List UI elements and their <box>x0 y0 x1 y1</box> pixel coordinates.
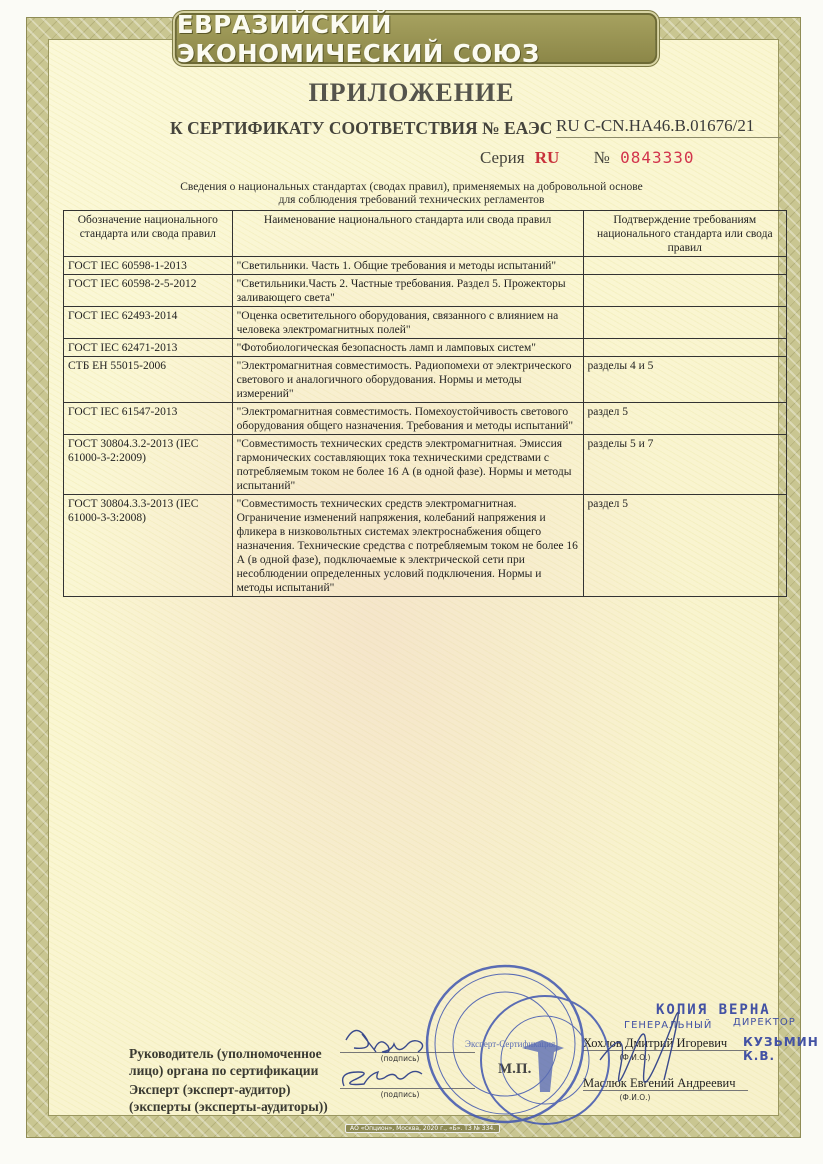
standard-code: ГОСТ IEC 62471-2013 <box>64 339 233 357</box>
certificate-number: RU C-CN.HA46.B.01676/21 <box>556 116 781 138</box>
head-label-line-2: лицо) органа по сертификации <box>129 1062 322 1079</box>
expert-label: Эксперт (эксперт-аудитор) (эксперты (экс… <box>129 1081 328 1115</box>
seal-label: М.П. <box>498 1061 531 1078</box>
table-header-row: Обозначение национального стандарта или … <box>64 211 787 257</box>
header-confirm: Подтверждение требованиям национального … <box>583 211 786 257</box>
standards-table: Обозначение национального стандарта или … <box>63 210 787 597</box>
head-fio-caption: (Ф.И.О.) <box>610 1053 660 1062</box>
standard-name: "Светильники.Часть 2. Частные требования… <box>232 275 583 307</box>
standard-name: "Электромагнитная совместимость. Радиопо… <box>232 357 583 403</box>
standard-confirmation <box>583 307 786 339</box>
table-row: СТБ ЕН 55015-2006"Электромагнитная совме… <box>64 357 787 403</box>
head-label: Руководитель (уполномоченное лицо) орган… <box>129 1045 322 1079</box>
blank-number: 0843330 <box>620 148 694 167</box>
intro-text: Сведения о национальных стандартах (свод… <box>0 181 823 207</box>
standard-code: ГОСТ IEC 62493-2014 <box>64 307 233 339</box>
intro-line-1: Сведения о национальных стандартах (свод… <box>0 181 823 194</box>
page-title: ПРИЛОЖЕНИЕ <box>0 78 823 108</box>
certificate-prefix: К СЕРТИФИКАТУ СООТВЕТСТВИЯ № ЕАЭС <box>170 118 552 139</box>
standard-code: ГОСТ 30804.3.2-2013 (IEC 61000-3-2:2009) <box>64 435 233 495</box>
standard-name: "Оценка осветительного оборудования, свя… <box>232 307 583 339</box>
table-row: ГОСТ IEC 60598-1-2013"Светильники. Часть… <box>64 257 787 275</box>
expert-name: Маслюк Евгений Андреевич <box>583 1076 736 1091</box>
standard-name: "Совместимость технических средств элект… <box>232 495 583 597</box>
table-row: ГОСТ IEC 62471-2013"Фотобиологическая бе… <box>64 339 787 357</box>
standard-name: "Электромагнитная совместимость. Помехоу… <box>232 403 583 435</box>
header-name: Наименование национального стандарта или… <box>232 211 583 257</box>
table-row: ГОСТ IEC 60598-2-5-2012"Светильники.Част… <box>64 275 787 307</box>
series-value: RU <box>535 148 560 167</box>
standard-code: ГОСТ IEC 61547-2013 <box>64 403 233 435</box>
expert-label-line-1: Эксперт (эксперт-аудитор) <box>129 1081 328 1098</box>
copy-verified-stamp: КОПИЯ ВЕРНА <box>656 1002 771 1018</box>
head-signature-caption: (подпись) <box>370 1054 430 1063</box>
table-row: ГОСТ IEC 61547-2013"Электромагнитная сов… <box>64 403 787 435</box>
expert-signature-line <box>340 1088 475 1089</box>
copy-stamp-role-right: ДИРЕКТОР <box>733 1017 796 1028</box>
standard-confirmation <box>583 257 786 275</box>
header-code: Обозначение национального стандарта или … <box>64 211 233 257</box>
standard-confirmation <box>583 275 786 307</box>
standard-code: ГОСТ IEC 60598-2-5-2012 <box>64 275 233 307</box>
copy-stamp-name: КУЗЬМИН К.В. <box>743 1035 823 1063</box>
expert-fio-caption: (Ф.И.О.) <box>610 1093 660 1102</box>
standard-confirmation <box>583 339 786 357</box>
printer-note: АО «Опцион», Москва, 2020 г., «Б». ТЗ № … <box>345 1124 500 1133</box>
intro-line-2: для соблюдения требований технических ре… <box>0 194 823 207</box>
standard-name: "Совместимость технических средств элект… <box>232 435 583 495</box>
union-banner: ЕВРАЗИЙСКИЙ ЭКОНОМИЧЕСКИЙ СОЮЗ <box>175 13 657 64</box>
series-line: Серия RU № 0843330 <box>480 148 695 168</box>
series-label: Серия <box>480 148 525 167</box>
expert-label-line-2: (эксперты (эксперты-аудиторы)) <box>129 1098 328 1115</box>
table-row: ГОСТ 30804.3.3-2013 (IEC 61000-3-3:2008)… <box>64 495 787 597</box>
standard-code: СТБ ЕН 55015-2006 <box>64 357 233 403</box>
standard-confirmation: разделы 5 и 7 <box>583 435 786 495</box>
standard-code: ГОСТ IEC 60598-1-2013 <box>64 257 233 275</box>
head-signature-line <box>340 1052 475 1053</box>
table-row: ГОСТ 30804.3.2-2013 (IEC 61000-3-2:2009)… <box>64 435 787 495</box>
head-label-line-1: Руководитель (уполномоченное <box>129 1045 322 1062</box>
head-name: Хохлов Дмитрий Игоревич <box>583 1036 727 1051</box>
table-row: ГОСТ IEC 62493-2014"Оценка осветительног… <box>64 307 787 339</box>
expert-signature-caption: (подпись) <box>370 1090 430 1099</box>
standard-name: "Светильники. Часть 1. Общие требования … <box>232 257 583 275</box>
copy-stamp-role-left: ГЕНЕРАЛЬНЫЙ <box>624 1020 712 1031</box>
standard-code: ГОСТ 30804.3.3-2013 (IEC 61000-3-3:2008) <box>64 495 233 597</box>
standard-confirmation: разделы 4 и 5 <box>583 357 786 403</box>
standard-name: "Фотобиологическая безопасность ламп и л… <box>232 339 583 357</box>
standard-confirmation: раздел 5 <box>583 403 786 435</box>
standard-confirmation: раздел 5 <box>583 495 786 597</box>
blank-number-label: № <box>594 148 610 167</box>
